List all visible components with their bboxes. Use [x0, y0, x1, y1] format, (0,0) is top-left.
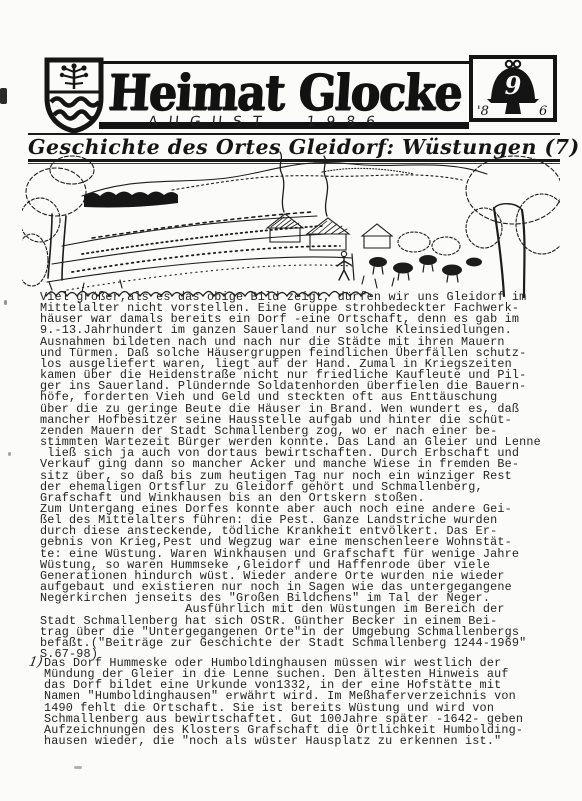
masthead-title: Heimat Glocke — [106, 64, 462, 121]
scan-artifact — [4, 300, 7, 305]
svg-text:'8: '8 — [477, 104, 489, 118]
landscape-illustration — [22, 150, 560, 298]
footnote-marker: 1) — [28, 655, 44, 670]
bell-icon: 9 '8 6 — [473, 59, 553, 118]
issue-month: AUGUST — [147, 114, 273, 130]
article-body-text: Viel größer,als es das obige Bild zeigt,… — [40, 292, 541, 660]
svg-text:6: 6 — [539, 104, 547, 118]
issue-date: AUGUST1986 — [147, 114, 387, 130]
issue-badge: 9 '8 6 — [469, 55, 557, 122]
footnote-text: Das Dorf Hummeske oder Humboldinghausen … — [44, 658, 523, 747]
scan-artifact — [8, 452, 11, 456]
svg-text:9: 9 — [505, 71, 522, 100]
shield-coat-of-arms-icon — [42, 56, 106, 134]
issue-year: 1986 — [306, 114, 387, 130]
scan-artifact — [0, 88, 7, 104]
scan-artifact — [74, 766, 82, 769]
scanned-newsletter-page: Heimat Glocke 9 '8 6 AUGUST1986 Geschich… — [0, 0, 582, 801]
